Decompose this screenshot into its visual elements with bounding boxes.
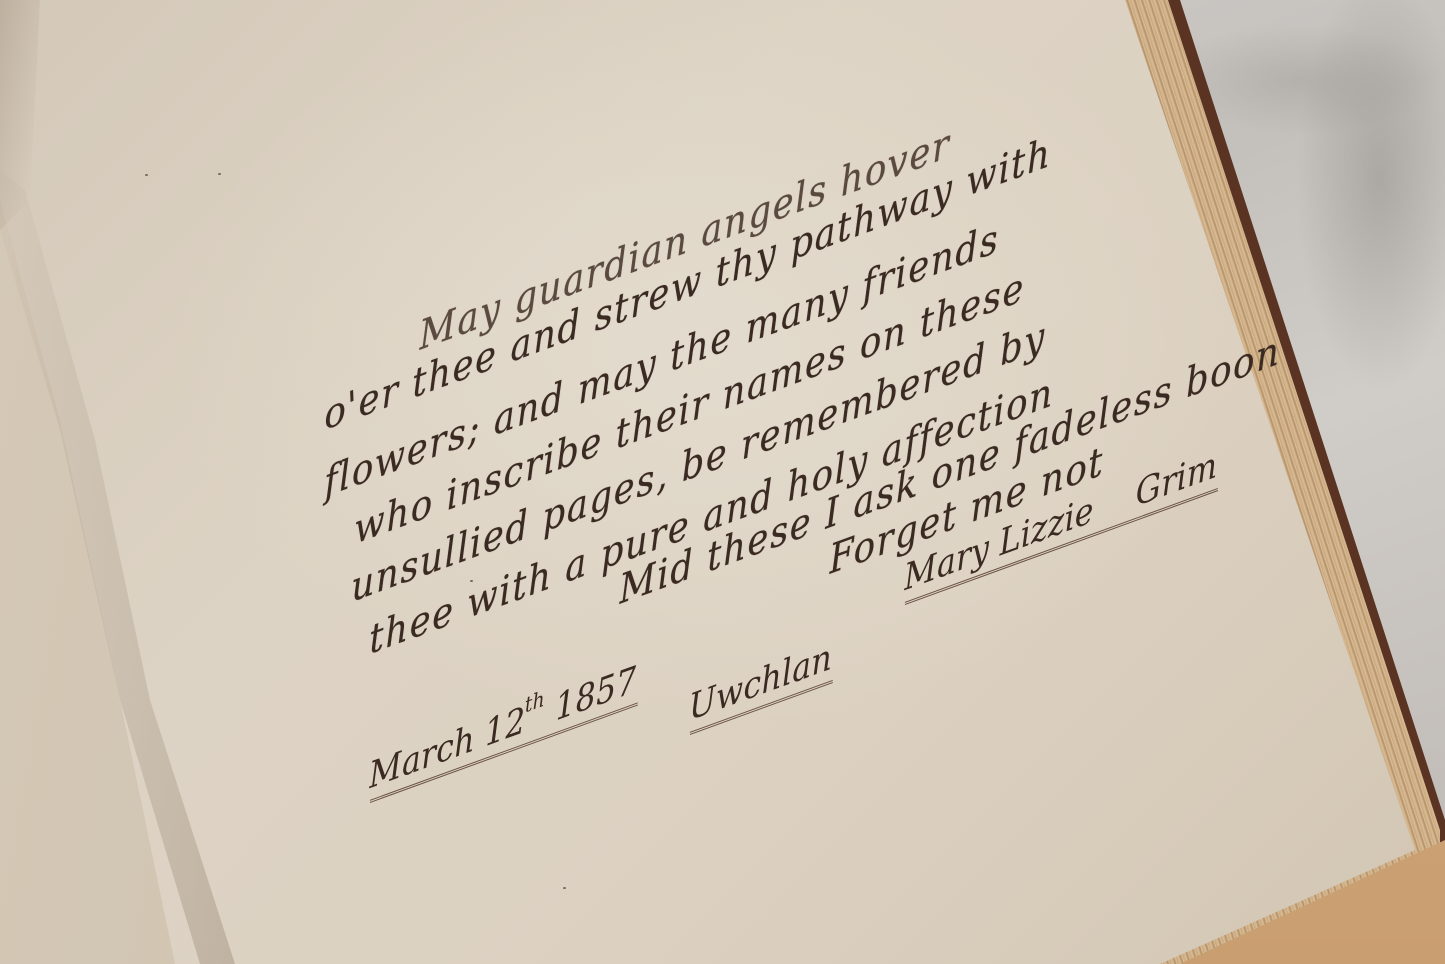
ink-speck <box>470 580 473 582</box>
ink-speck <box>145 174 148 176</box>
date-suffix: th <box>524 685 545 717</box>
ink-speck <box>218 173 221 175</box>
place-name: Uwchlan <box>688 636 832 735</box>
album-photo: May guardian angels hover o'er thee and … <box>0 0 1445 964</box>
ink-speck <box>563 887 566 889</box>
handwritten-inscription: May guardian angels hover o'er thee and … <box>0 0 1445 964</box>
signature-last-name: Grim <box>1135 444 1218 516</box>
date-day: 12 <box>484 699 526 756</box>
date-month: March <box>368 717 475 797</box>
date-year: 1857 <box>554 658 637 730</box>
date-line: March 12th 1857 <box>368 652 637 803</box>
